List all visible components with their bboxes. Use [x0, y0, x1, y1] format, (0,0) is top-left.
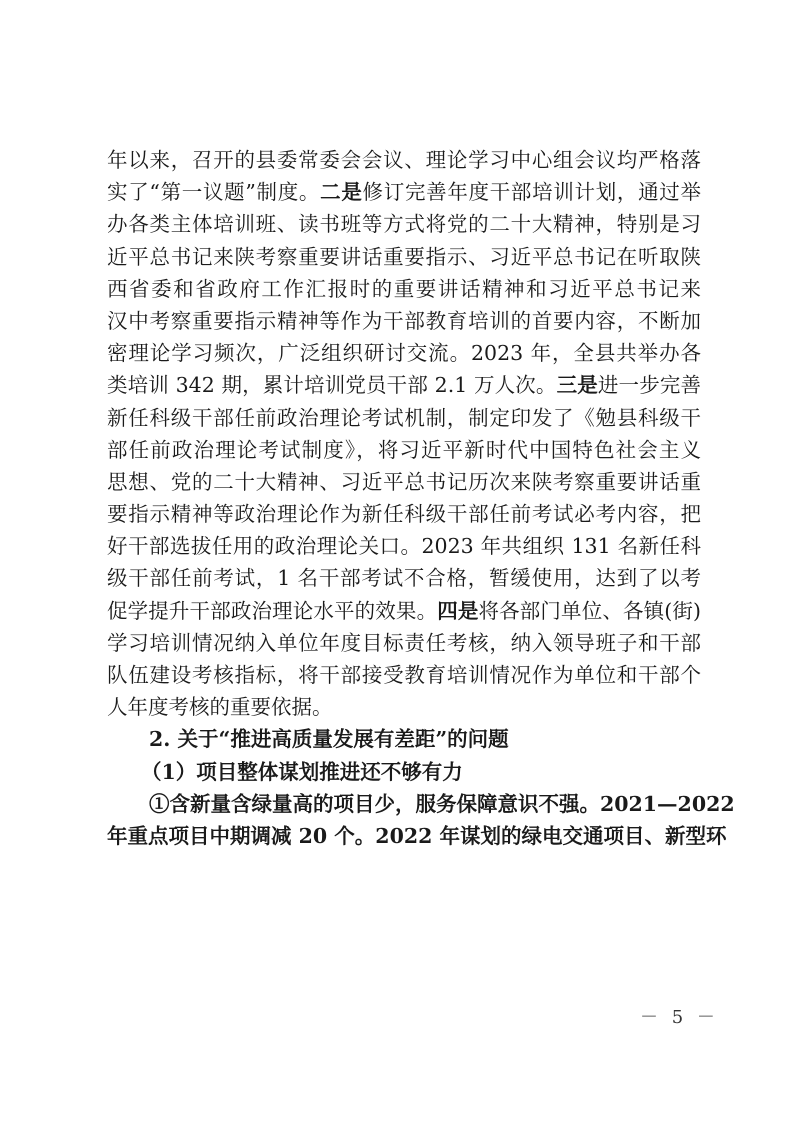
- text-line: 级干部任前考试，1 名干部考试不合格，暂缓使用，达到了以考: [107, 562, 701, 594]
- text-segment: 办各类主体培训班、读书班等方式将党的二十大精神，特别是习: [107, 212, 701, 236]
- text-segment: 西省委和省政府工作汇报时的重要讲话精神和习近平总书记来: [107, 277, 701, 301]
- document-page: 年以来，召开的县委常委会会议、理论学习中心组会议均严格落 实了“第一议题”制度。…: [0, 0, 793, 1122]
- text-segment: 进一步完善: [598, 373, 701, 397]
- text-line: 思想、党的二十大精神、习近平总书记历次来陕考察重要讲话重: [107, 466, 701, 498]
- text-line: 密理论学习频次，广泛组织研讨交流。2023 年，全县共举办各: [107, 337, 701, 369]
- text-line: 类培训 342 期，累计培训党员干部 2.1 万人次。三是进一步完善: [107, 369, 701, 401]
- text-segment: 年以来，召开的县委常委会会议、理论学习中心组会议均严格落: [107, 148, 701, 172]
- text-segment: 部任前政治理论考试制度》，将习近平新时代中国特色社会主义: [107, 438, 701, 462]
- text-segment: 实了“第一议题”制度。: [107, 180, 320, 204]
- text-segment: 队伍建设考核指标，将干部接受教育培训情况作为单位和干部个: [107, 663, 701, 687]
- text-segment: 学习培训情况纳入单位年度目标责任考核，纳入领导班子和干部: [107, 631, 701, 655]
- text-line: 队伍建设考核指标，将干部接受教育培训情况作为单位和干部个: [107, 659, 701, 691]
- text-segment: 汉中考察重要指示精神等作为干部教育培训的首要内容，不断加: [107, 309, 701, 333]
- text-segment: 级干部任前考试，1 名干部考试不合格，暂缓使用，达到了以考: [107, 566, 701, 590]
- bold-keyword: 四是: [437, 599, 478, 623]
- text-segment: 思想、党的二十大精神、习近平总书记历次来陕考察重要讲话重: [107, 470, 701, 494]
- text-segment: 人年度考核的重要依据。: [107, 695, 333, 719]
- bold-keyword: 二是: [320, 180, 362, 204]
- text-segment: 修订完善年度干部培训计划，通过举: [363, 180, 701, 204]
- text-line: 近平总书记来陕考察重要讲话重要指示、习近平总书记在听取陕: [107, 241, 701, 273]
- text-segment: 要指示精神等政治理论作为新任科级干部任前考试必考内容，把: [107, 502, 701, 526]
- bold-paragraph-line: ①含新量含绿量高的项目少，服务保障意识不强。2021—2022: [107, 788, 701, 820]
- text-line: 办各类主体培训班、读书班等方式将党的二十大精神，特别是习: [107, 208, 701, 240]
- text-line: 人年度考核的重要依据。: [107, 691, 701, 723]
- text-segment: 好干部选拔任用的政治理论关口。2023 年共组织 131 名新任科: [107, 534, 701, 558]
- bold-paragraph-line: 年重点项目中期调减 20 个。2022 年谋划的绿电交通项目、新型环: [107, 820, 701, 852]
- text-segment: 促学提升干部政治理论水平的效果。: [107, 599, 437, 623]
- text-line: 汉中考察重要指示精神等作为干部教育培训的首要内容，不断加: [107, 305, 701, 337]
- text-line: 好干部选拔任用的政治理论关口。2023 年共组织 131 名新任科: [107, 530, 701, 562]
- text-line: 西省委和省政府工作汇报时的重要讲话精神和习近平总书记来: [107, 273, 701, 305]
- text-line: 部任前政治理论考试制度》，将习近平新时代中国特色社会主义: [107, 434, 701, 466]
- text-line: 学习培训情况纳入单位年度目标责任考核，纳入领导班子和干部: [107, 627, 701, 659]
- text-line: 实了“第一议题”制度。二是修订完善年度干部培训计划，通过举: [107, 176, 701, 208]
- bold-keyword: 三是: [557, 373, 598, 397]
- page-number: － 5 －: [640, 1003, 719, 1029]
- body-text: 年以来，召开的县委常委会会议、理论学习中心组会议均严格落 实了“第一议题”制度。…: [107, 144, 701, 852]
- text-segment: 类培训 342 期，累计培训党员干部 2.1 万人次。: [107, 373, 557, 397]
- subsection-heading: （1）项目整体谋划推进还不够有力: [107, 756, 701, 788]
- text-segment: 近平总书记来陕考察重要讲话重要指示、习近平总书记在听取陕: [107, 245, 701, 269]
- text-line: 新任科级干部任前政治理论考试机制，制定印发了《勉县科级干: [107, 402, 701, 434]
- text-segment: 密理论学习频次，广泛组织研讨交流。2023 年，全县共举办各: [107, 341, 701, 365]
- text-line: 要指示精神等政治理论作为新任科级干部任前考试必考内容，把: [107, 498, 701, 530]
- section-heading: 2. 关于“推进高质量发展有差距”的问题: [107, 723, 701, 755]
- text-segment: 新任科级干部任前政治理论考试机制，制定印发了《勉县科级干: [107, 406, 701, 430]
- text-line: 促学提升干部政治理论水平的效果。四是将各部门单位、各镇(街): [107, 595, 701, 627]
- text-line: 年以来，召开的县委常委会会议、理论学习中心组会议均严格落: [107, 144, 701, 176]
- text-segment: 将各部门单位、各镇(街): [479, 599, 702, 623]
